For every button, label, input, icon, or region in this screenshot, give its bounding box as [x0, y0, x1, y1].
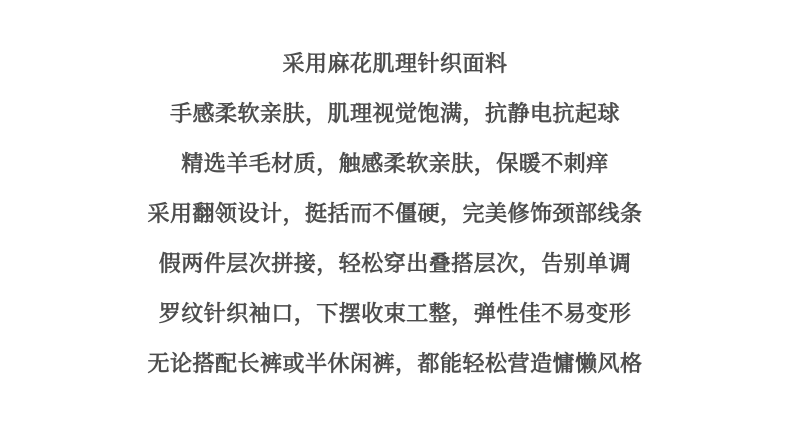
product-description-page: 采用麻花肌理针织面料 手感柔软亲肤，肌理视觉饱满，抗静电抗起球 精选羊毛材质，触… — [0, 0, 790, 436]
description-line: 假两件层次拼接，轻松穿出叠搭层次，告别单调 — [0, 239, 790, 289]
description-line: 无论搭配长裤或半休闲裤，都能轻松营造慵懒风格 — [0, 339, 790, 389]
description-line: 罗纹针织袖口，下摆收束工整，弹性佳不易变形 — [0, 289, 790, 339]
product-description-text-block: 采用麻花肌理针织面料 手感柔软亲肤，肌理视觉饱满，抗静电抗起球 精选羊毛材质，触… — [0, 0, 790, 389]
section-title: 采用麻花肌理针织面料 — [0, 39, 790, 89]
description-line: 手感柔软亲肤，肌理视觉饱满，抗静电抗起球 — [0, 89, 790, 139]
description-line: 精选羊毛材质，触感柔软亲肤，保暖不刺痒 — [0, 139, 790, 189]
description-line: 采用翻领设计，挺括而不僵硬，完美修饰颈部线条 — [0, 189, 790, 239]
